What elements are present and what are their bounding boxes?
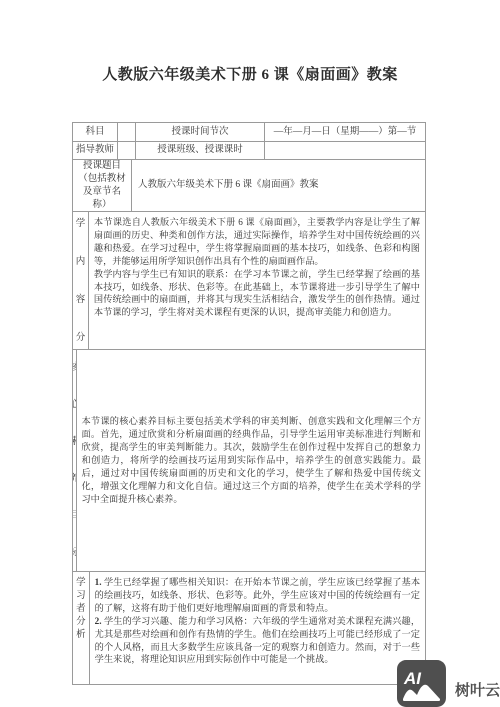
document-page: 人教版六年级美术下册 6 课《扇面画》教案 科目 授课时间节次 —年—月—日（星…	[0, 0, 500, 707]
table-row: 科目 授课时间节次 —年—月—日（星期——）第—节	[73, 123, 425, 141]
teacher-label: 指导教师	[73, 142, 117, 159]
learner-analysis-item-2: 2. 学生的学习兴趣、能力和学习风格：六年级的学生通常对美术课程充满兴趣，尤其是…	[95, 615, 420, 667]
teacher-value-cell	[117, 142, 135, 159]
item-number: 1.	[95, 577, 102, 587]
topic-label: 授课题目 （包括教材 及章节名 称）	[73, 160, 131, 211]
table-row: 授课题目 （包括教材 及章节名 称） 人教版六年级美术下册 6 课《扇面画》教案	[73, 159, 425, 211]
page-title: 人教版六年级美术下册 6 课《扇面画》教案	[0, 63, 500, 84]
learner-analysis-label: 学习者分析	[73, 572, 89, 684]
learner-analysis-item-1: 1. 学生已经掌握了哪些相关知识：在开始本节课之前，学生应该已经掌握了基本的绘画…	[95, 576, 420, 615]
ai-photo-logo-icon: AI	[397, 660, 446, 707]
schedule-label: 授课时间节次	[135, 123, 264, 141]
lesson-plan-table: 科目 授课时间节次 —年—月—日（星期——）第—节 指导教师 授课班级、授课课时…	[72, 122, 426, 685]
watermark: AI 树叶云	[397, 660, 500, 707]
core-literacy-content: 本节课的核心素养目标主要包括美术学科的审美判断、创意实践和文化理解三个方面。首先…	[76, 350, 425, 571]
content-analysis-paragraph-2: 教学内容与学生已有知识的联系：在学习本节课之前，学生已经掌握了绘画的基本技巧，如…	[94, 268, 420, 320]
table-row: 核 心 素 养 目 标 本节课的核心素养目标主要包括美术学科的审美判断、创意实践…	[73, 349, 425, 571]
subject-label: 科目	[73, 123, 117, 141]
content-analysis-paragraph-1: 本节课选自人教版六年级美术下册 6 课《扇面画》，主要教学内容是让学生了解扇面画…	[94, 216, 420, 268]
content-analysis-label: 教学内容分 析	[73, 212, 88, 349]
table-row: 教学内容分 析 本节课选自人教版六年级美术下册 6 课《扇面画》，主要教学内容是…	[73, 211, 425, 349]
watermark-brand-text: 树叶云	[455, 679, 500, 700]
item-number: 2.	[95, 616, 102, 626]
item-text: 学生的学习兴趣、能力和学习风格：六年级的学生通常对美术课程充满兴趣，尤其是那些对…	[95, 616, 420, 665]
topic-content: 人教版六年级美术下册 6 课《扇面画》教案	[131, 160, 425, 211]
ai-logo-text: AI	[403, 669, 422, 688]
item-text: 学生已经掌握了哪些相关知识：在开始本节课之前，学生应该已经掌握了基本的绘画技巧，…	[95, 577, 420, 613]
learner-analysis-content: 1. 学生已经掌握了哪些相关知识：在开始本节课之前，学生应该已经掌握了基本的绘画…	[89, 572, 425, 684]
table-row: 学习者分析 1. 学生已经掌握了哪些相关知识：在开始本节课之前，学生应该已经掌握…	[73, 571, 425, 684]
class-value-cell	[264, 142, 425, 159]
schedule-value: —年—月—日（星期——）第—节	[264, 123, 425, 141]
class-label: 授课班级、授课课时	[135, 142, 264, 159]
table-row: 指导教师 授课班级、授课课时	[73, 141, 425, 159]
subject-value-cell	[117, 123, 135, 141]
content-analysis-content: 本节课选自人教版六年级美术下册 6 课《扇面画》，主要教学内容是让学生了解扇面画…	[88, 212, 425, 349]
core-literacy-paragraph: 本节课的核心素养目标主要包括美术学科的审美判断、创意实践和文化理解三个方面。首先…	[81, 415, 421, 505]
